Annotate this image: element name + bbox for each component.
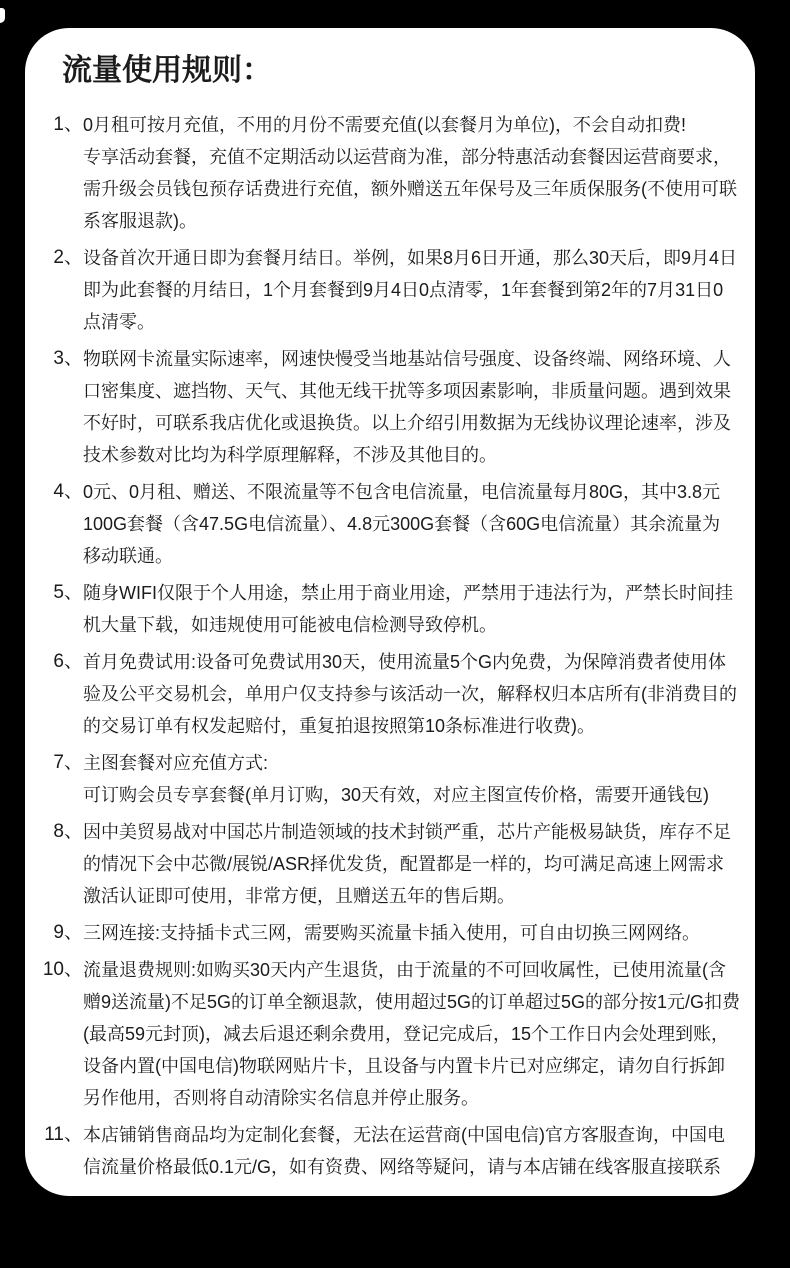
rule-item: 3、 物联网卡流量实际速率，网速快慢受当地基站信号强度、设备终端、网络环境、人口…: [25, 343, 755, 471]
rule-number: 7、: [25, 747, 83, 779]
rule-line: 另作他用，否则将自动清除实名信息并停止服务。: [83, 1082, 755, 1114]
rule-line: 0元、0月租、赠送、不限流量等不包含电信流量，电信流量每月80G，其中3.8元: [83, 476, 755, 508]
rule-line: 技术参数对比均为科学原理解释，不涉及其他目的。: [83, 439, 755, 471]
rule-number: 6、: [25, 646, 83, 678]
rule-item: 4、 0元、0月租、赠送、不限流量等不包含电信流量，电信流量每月80G，其中3.…: [25, 476, 755, 572]
rule-number: 11、: [25, 1119, 83, 1151]
rule-number: 3、: [25, 343, 83, 375]
rule-line: (最高59元封顶)，减去后退还剩余费用，登记完成后，15个工作日内会处理到账，: [83, 1018, 755, 1050]
rule-line: 激活认证即可使用，非常方便，且赠送五年的售后期。: [83, 880, 755, 912]
rule-text: 三网连接:支持插卡式三网，需要购买流量卡插入使用，可自由切换三网网络。: [83, 917, 755, 949]
rule-line: 设备内置(中国电信)物联网贴片卡，且设备与内置卡片已对应绑定，请勿自行拆卸: [83, 1050, 755, 1082]
rule-number: 5、: [25, 577, 83, 609]
rules-card: 流量使用规则： 1、 0月租可按月充值，不用的月份不需要充值(以套餐月为单位)，…: [25, 28, 755, 1196]
rule-item: 7、 主图套餐对应充值方式:可订购会员专享套餐(单月订购，30天有效，对应主图宣…: [25, 747, 755, 811]
rule-line: 赠9送流量)不足5G的订单全额退款，使用超过5G的订单超过5G的部分按1元/G扣…: [83, 986, 755, 1018]
rule-line: 的交易订单有权发起赔付，重复拍退按照第10条标准进行收费)。: [83, 710, 755, 742]
rule-line: 流量退费规则:如购买30天内产生退货，由于流量的不可回收属性，已使用流量(含: [83, 954, 755, 986]
rule-line: 0月租可按月充值，不用的月份不需要充值(以套餐月为单位)，不会自动扣费!: [83, 109, 755, 141]
rule-text: 首月免费试用:设备可免费试用30天，使用流量5个G内免费，为保障消费者使用体验及…: [83, 646, 755, 742]
rule-line: 系客服退款)。: [83, 205, 755, 237]
rule-text: 设备首次开通日即为套餐月结日。举例，如果8月6日开通，那么30天后，即9月4日即…: [83, 242, 755, 338]
rule-number: 2、: [25, 242, 83, 274]
rule-line: 主图套餐对应充值方式:: [83, 747, 755, 779]
rule-text: 主图套餐对应充值方式:可订购会员专享套餐(单月订购，30天有效，对应主图宣传价格…: [83, 747, 755, 811]
rule-line: 口密集度、遮挡物、天气、其他无线干扰等多项因素影响，非质量问题。遇到效果: [83, 375, 755, 407]
page-title: 流量使用规则：: [62, 52, 755, 90]
rule-text: 0月租可按月充值，不用的月份不需要充值(以套餐月为单位)，不会自动扣费!专享活动…: [83, 109, 755, 237]
rule-line: 专享活动套餐，充值不定期活动以运营商为准，部分特惠活动套餐因运营商要求，: [83, 141, 755, 173]
rule-line: 因中美贸易战对中国芯片制造领域的技术封锁严重，芯片产能极易缺货，库存不足: [83, 816, 755, 848]
rule-number: 8、: [25, 816, 83, 848]
rule-line: 100G套餐（含47.5G电信流量）、4.8元300G套餐（含60G电信流量）其…: [83, 508, 755, 540]
rule-number: 9、: [25, 917, 83, 949]
rules-list: 1、 0月租可按月充值，不用的月份不需要充值(以套餐月为单位)，不会自动扣费!专…: [25, 109, 755, 1183]
rule-text: 0元、0月租、赠送、不限流量等不包含电信流量，电信流量每月80G，其中3.8元1…: [83, 476, 755, 572]
rule-line: 不好时，可联系我店优化或退换货。以上介绍引用数据为无线协议理论速率，涉及: [83, 407, 755, 439]
rule-item: 10、 流量退费规则:如购买30天内产生退货，由于流量的不可回收属性，已使用流量…: [25, 954, 755, 1114]
rule-line: 信流量价格最低0.1元/G，如有资费、网络等疑问，请与本店铺在线客服直接联系: [83, 1151, 755, 1183]
rule-line: 机大量下载，如违规使用可能被电信检测导致停机。: [83, 609, 755, 641]
rule-line: 验及公平交易机会，单用户仅支持参与该活动一次，解释权归本店所有(非消费目的: [83, 678, 755, 710]
rule-item: 11、 本店铺销售商品均为定制化套餐，无法在运营商(中国电信)官方客服查询，中国…: [25, 1119, 755, 1183]
rule-line: 点清零。: [83, 306, 755, 338]
rule-line: 的情况下会中芯微/展锐/ASR择优发货，配置都是一样的，均可满足高速上网需求: [83, 848, 755, 880]
rule-number: 10、: [25, 954, 83, 986]
rule-line: 需升级会员钱包预存话费进行充值，额外赠送五年保号及三年质保服务(不使用可联: [83, 173, 755, 205]
rule-item: 1、 0月租可按月充值，不用的月份不需要充值(以套餐月为单位)，不会自动扣费!专…: [25, 109, 755, 237]
rule-text: 本店铺销售商品均为定制化套餐，无法在运营商(中国电信)官方客服查询，中国电信流量…: [83, 1119, 755, 1183]
rule-item: 2、 设备首次开通日即为套餐月结日。举例，如果8月6日开通，那么30天后，即9月…: [25, 242, 755, 338]
rule-line: 移动联通。: [83, 540, 755, 572]
rule-line: 设备首次开通日即为套餐月结日。举例，如果8月6日开通，那么30天后，即9月4日: [83, 242, 755, 274]
rule-text: 物联网卡流量实际速率，网速快慢受当地基站信号强度、设备终端、网络环境、人口密集度…: [83, 343, 755, 471]
rule-item: 6、 首月免费试用:设备可免费试用30天，使用流量5个G内免费，为保障消费者使用…: [25, 646, 755, 742]
rule-line: 物联网卡流量实际速率，网速快慢受当地基站信号强度、设备终端、网络环境、人: [83, 343, 755, 375]
rule-item: 9、 三网连接:支持插卡式三网，需要购买流量卡插入使用，可自由切换三网网络。: [25, 917, 755, 949]
rule-item: 5、 随身WIFI仅限于个人用途，禁止用于商业用途，严禁用于违法行为，严禁长时间…: [25, 577, 755, 641]
rule-item: 8、 因中美贸易战对中国芯片制造领域的技术封锁严重，芯片产能极易缺货，库存不足的…: [25, 816, 755, 912]
rule-line: 可订购会员专享套餐(单月订购，30天有效，对应主图宣传价格，需要开通钱包): [83, 779, 755, 811]
rule-line: 即为此套餐的月结日，1个月套餐到9月4日0点清零，1年套餐到第2年的7月31日0: [83, 274, 755, 306]
rule-number: 1、: [25, 109, 83, 141]
rule-text: 因中美贸易战对中国芯片制造领域的技术封锁严重，芯片产能极易缺货，库存不足的情况下…: [83, 816, 755, 912]
rule-line: 三网连接:支持插卡式三网，需要购买流量卡插入使用，可自由切换三网网络。: [83, 917, 755, 949]
rule-text: 流量退费规则:如购买30天内产生退货，由于流量的不可回收属性，已使用流量(含赠9…: [83, 954, 755, 1114]
rule-text: 随身WIFI仅限于个人用途，禁止用于商业用途，严禁用于违法行为，严禁长时间挂机大…: [83, 577, 755, 641]
previous-card-corner-sliver: [0, 8, 5, 23]
rule-number: 4、: [25, 476, 83, 508]
rule-line: 本店铺销售商品均为定制化套餐，无法在运营商(中国电信)官方客服查询，中国电: [83, 1119, 755, 1151]
rule-line: 随身WIFI仅限于个人用途，禁止用于商业用途，严禁用于违法行为，严禁长时间挂: [83, 577, 755, 609]
rule-line: 首月免费试用:设备可免费试用30天，使用流量5个G内免费，为保障消费者使用体: [83, 646, 755, 678]
